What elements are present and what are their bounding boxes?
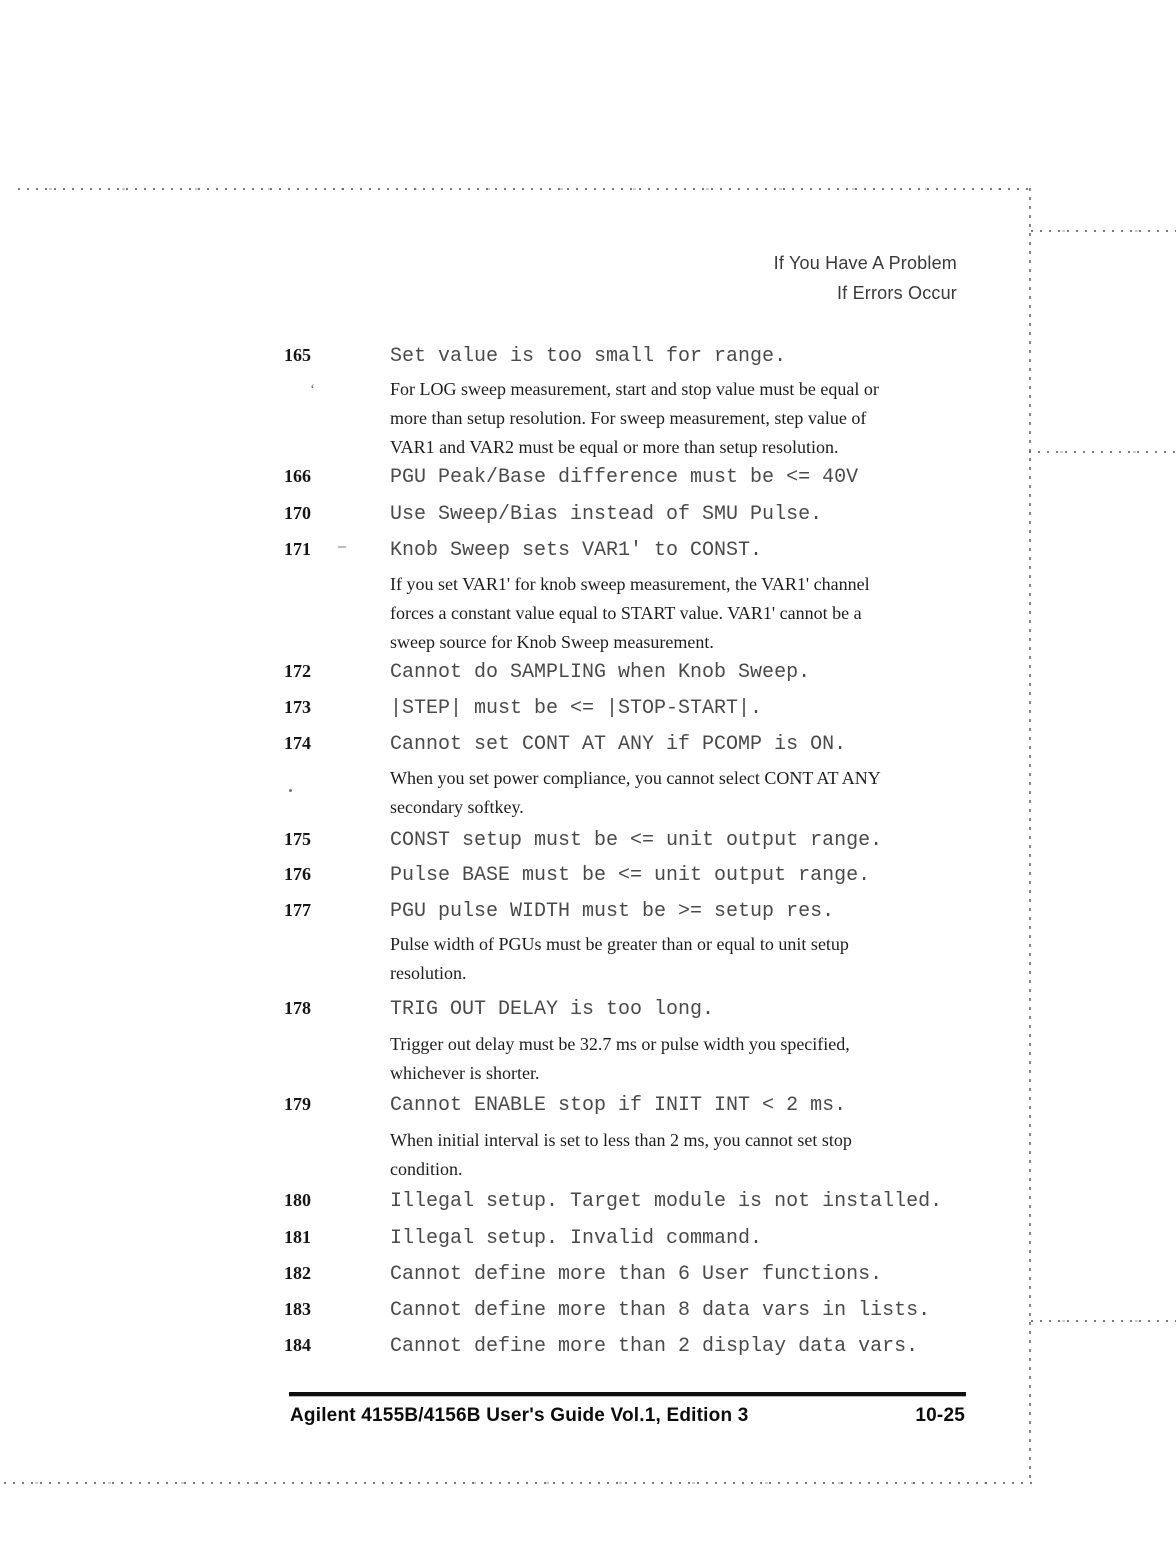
error-note-165: For LOG sweep measurement, start and sto… <box>390 375 1010 462</box>
footer-page-number: 10-25 <box>915 1405 965 1427</box>
scan-speck: ‘ <box>310 382 315 399</box>
error-entry-165: 165 Set value is too small for range. <box>284 343 994 369</box>
header-section-title: If Errors Occur <box>774 278 957 308</box>
error-code: 171 <box>284 537 390 561</box>
page-footer: Agilent 4155B/4156B User's Guide Vol.1, … <box>290 1405 965 1427</box>
error-code: 183 <box>284 1297 390 1321</box>
error-code: 184 <box>284 1333 390 1357</box>
error-message: Use Sweep/Bias instead of SMU Pulse. <box>390 503 822 527</box>
error-message: Cannot define more than 2 display data v… <box>390 1335 918 1359</box>
error-message: Illegal setup. Invalid command. <box>390 1227 762 1251</box>
error-entry-183: 183 Cannot define more than 8 data vars … <box>284 1297 994 1323</box>
error-code: 176 <box>284 862 390 886</box>
scan-dotted-segment-right-1 <box>1031 230 1176 232</box>
error-message: PGU pulse WIDTH must be >= setup res. <box>390 900 834 924</box>
error-code: 165 <box>284 343 390 367</box>
scan-speck <box>289 789 292 792</box>
error-entry-171: 171 Knob Sweep sets VAR1' to CONST. <box>284 537 994 563</box>
error-message: CONST setup must be <= unit output range… <box>390 829 882 853</box>
scan-dotted-segment-right-2 <box>1029 451 1176 453</box>
error-code: 180 <box>284 1188 390 1212</box>
error-message: TRIG OUT DELAY is too long. <box>390 998 714 1022</box>
error-message: Cannot define more than 8 data vars in l… <box>390 1299 930 1323</box>
error-entry-176: 176 Pulse BASE must be <= unit output ra… <box>284 862 994 888</box>
error-entry-180: 180 Illegal setup. Target module is not … <box>284 1188 994 1214</box>
error-entry-174: 174 Cannot set CONT AT ANY if PCOMP is O… <box>284 731 994 757</box>
header-chapter-title: If You Have A Problem <box>774 248 957 278</box>
error-message: Cannot do SAMPLING when Knob Sweep. <box>390 661 810 685</box>
error-note-179: When initial interval is set to less tha… <box>390 1126 1010 1184</box>
error-message: PGU Peak/Base difference must be <= 40V <box>390 466 858 490</box>
error-entry-175: 175 CONST setup must be <= unit output r… <box>284 827 994 853</box>
error-entry-181: 181 Illegal setup. Invalid command. <box>284 1225 994 1251</box>
error-message: Cannot define more than 6 User functions… <box>390 1263 882 1287</box>
error-entry-182: 182 Cannot define more than 6 User funct… <box>284 1261 994 1287</box>
error-code: 177 <box>284 898 390 922</box>
error-note-171: If you set VAR1' for knob sweep measurem… <box>390 570 1010 657</box>
error-code: 174 <box>284 731 390 755</box>
error-entry-173: 173 |STEP| must be <= |STOP-START|. <box>284 695 994 721</box>
error-message: Knob Sweep sets VAR1' to CONST. <box>390 539 762 563</box>
error-message: Cannot ENABLE stop if INIT INT < 2 ms. <box>390 1094 846 1118</box>
error-message: |STEP| must be <= |STOP-START|. <box>390 697 762 721</box>
error-entry-170: 170 Use Sweep/Bias instead of SMU Pulse. <box>284 501 994 527</box>
error-code: 181 <box>284 1225 390 1249</box>
error-entry-178: 178 TRIG OUT DELAY is too long. <box>284 996 994 1022</box>
error-note-174: When you set power compliance, you canno… <box>390 764 1010 822</box>
error-code: 182 <box>284 1261 390 1285</box>
error-entry-177: 177 PGU pulse WIDTH must be >= setup res… <box>284 898 994 924</box>
error-message: Illegal setup. Target module is not inst… <box>390 1190 942 1214</box>
error-code: 166 <box>284 464 390 488</box>
error-entry-184: 184 Cannot define more than 2 display da… <box>284 1333 994 1359</box>
error-entry-172: 172 Cannot do SAMPLING when Knob Sweep. <box>284 659 994 685</box>
error-message: Pulse BASE must be <= unit output range. <box>390 864 870 888</box>
error-code: 173 <box>284 695 390 719</box>
error-note-178: Trigger out delay must be 32.7 ms or pul… <box>390 1030 1010 1088</box>
page-header: If You Have A Problem If Errors Occur <box>774 248 957 308</box>
scan-dotted-line-bottom <box>4 1482 1032 1484</box>
scan-dotted-segment-right-3 <box>1031 1320 1176 1322</box>
footer-rule <box>289 1392 966 1396</box>
error-entry-166: 166 PGU Peak/Base difference must be <= … <box>284 464 994 490</box>
error-note-177: Pulse width of PGUs must be greater than… <box>390 930 1010 988</box>
scan-dotted-line-vertical <box>1029 188 1031 1482</box>
error-code: 170 <box>284 501 390 525</box>
scanned-manual-page: ‘ If You Have A Problem If Errors Occur … <box>0 0 1176 1544</box>
error-code: 172 <box>284 659 390 683</box>
error-message: Cannot set CONT AT ANY if PCOMP is ON. <box>390 733 846 757</box>
footer-document-title: Agilent 4155B/4156B User's Guide Vol.1, … <box>290 1405 749 1427</box>
scan-dotted-line-top <box>18 188 1031 190</box>
error-code: 178 <box>284 996 390 1020</box>
error-entry-179: 179 Cannot ENABLE stop if INIT INT < 2 m… <box>284 1092 994 1118</box>
error-message: Set value is too small for range. <box>390 345 786 369</box>
error-code: 179 <box>284 1092 390 1116</box>
error-code: 175 <box>284 827 390 851</box>
